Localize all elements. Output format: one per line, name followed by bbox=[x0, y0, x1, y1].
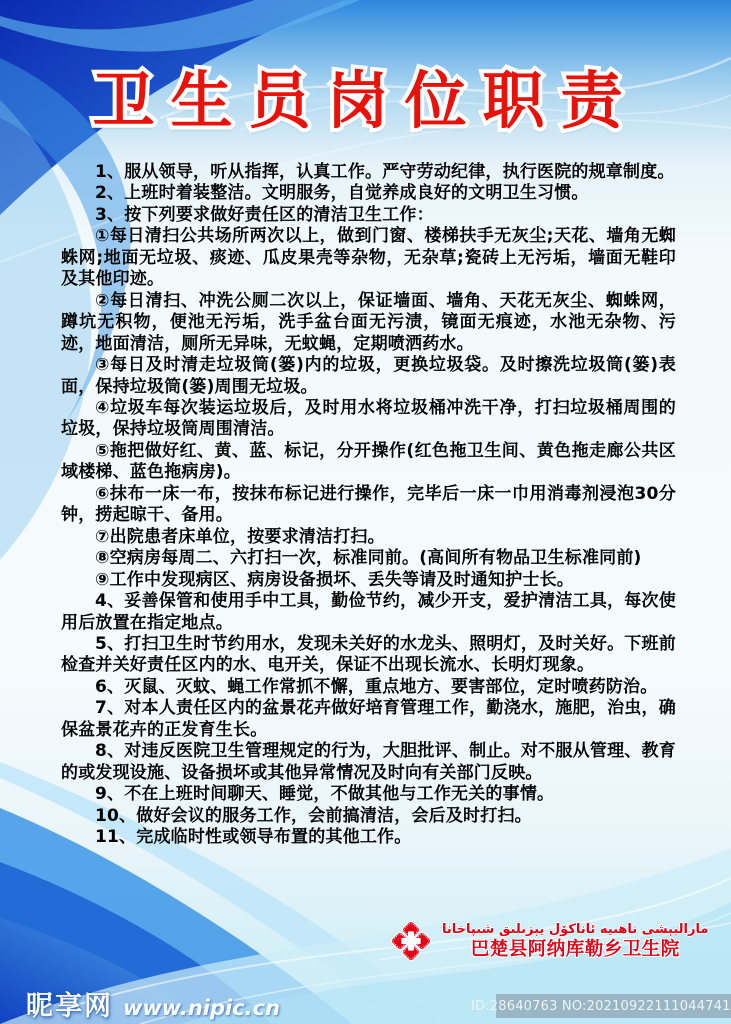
duty-item: 10、做好会议的服务工作，会前搞清洁，会后及时打扫。 bbox=[61, 806, 676, 827]
hospital-signature: مارالبېشى ناھىيە ئاناكۆل يېزىلىق شىپاخان… bbox=[388, 918, 708, 964]
duties-list: 1、服从领导，听从指挥，认真工作。严守劳动纪律，执行医院的规章制度。 2、上班时… bbox=[61, 162, 676, 849]
duty-item: 9、不在上班时间聊天、睡觉，不做其他与工作无关的事情。 bbox=[61, 784, 676, 805]
duty-item: ⑦出院患者床单位，按要求清洁打扫。 bbox=[61, 527, 676, 548]
hospital-names: مارالبېشى ناھىيە ئاناكۆل يېزىلىق شىپاخان… bbox=[442, 921, 708, 961]
duty-item: 2、上班时着装整洁。文明服务，自觉养成良好的文明卫生习惯。 bbox=[61, 183, 676, 204]
duty-item: 8、对违反医院卫生管理规定的行为，大胆批评、制止。对不服从管理、教育的或发现设施… bbox=[61, 741, 676, 784]
duty-item: ⑤拖把做好红、黄、蓝、标记，分开操作(红色拖卫生间、黄色拖走廊公共区域楼梯、蓝色… bbox=[61, 441, 676, 484]
hospital-name-chinese: 巴楚县阿纳库勒乡卫生院 bbox=[471, 939, 680, 961]
duty-item: ②每日清扫、冲洗公厕二次以上，保证墙面、墙角、天花无灰尘、蜘蛛网，蹲坑无积物，便… bbox=[61, 291, 676, 355]
duty-item: ①每日清扫公共场所两次以上，做到门窗、楼梯扶手无灰尘;天花、墙角无蜘蛛网;地面无… bbox=[61, 226, 676, 290]
red-cross-hospital-icon bbox=[388, 918, 434, 964]
duty-item: ⑧空病房每周二、六打扫一次，标准同前。(高间所有物品卫生标准同前) bbox=[61, 548, 676, 569]
poster-title-block: 卫生员岗位职责 卫生员岗位职责 bbox=[0, 58, 731, 150]
duty-item: ⑨工作中发现病区、病房设备损坏、丢失等请及时通知护士长。 bbox=[61, 570, 676, 591]
hospital-name-uyghur: مارالبېشى ناھىيە ئاناكۆل يېزىلىق شىپاخان… bbox=[442, 921, 708, 938]
duty-item: 6、灭鼠、灭蚊、蝇工作常抓不懈，重点地方、要害部位，定时喷药防治。 bbox=[61, 677, 676, 698]
image-id-label: ID:28640763 NO:20210922111044741102 bbox=[496, 994, 731, 1018]
duty-item: 5、打扫卫生时节约用水，发现未关好的水龙头、照明灯，及时关好。下班前检查并关好责… bbox=[61, 634, 676, 677]
poster-title: 卫生员岗位职责 bbox=[0, 58, 731, 144]
duty-item: ④垃圾车每次装运垃圾后，及时用水将垃圾桶冲洗干净，打扫垃圾桶周围的垃圾，保持垃圾… bbox=[61, 398, 676, 441]
watermark: 昵享网 www.nipic.cn bbox=[26, 984, 280, 1023]
poster-root: 卫生员岗位职责 卫生员岗位职责 1、服从领导，听从指挥，认真工作。严守劳动纪律，… bbox=[0, 0, 731, 1024]
duty-item: ⑥抹布一床一布，按抹布标记进行操作，完毕后一床一巾用消毒剂浸泡30分钟，捞起晾干… bbox=[61, 484, 676, 527]
duty-item: 1、服从领导，听从指挥，认真工作。严守劳动纪律，执行医院的规章制度。 bbox=[61, 162, 676, 183]
duty-item: 11、完成临时性或领导布置的其他工作。 bbox=[61, 827, 676, 848]
duty-item: 3、按下列要求做好责任区的清洁卫生工作： bbox=[61, 205, 676, 226]
duty-item: 7、对本人责任区内的盆景花卉做好培育管理工作，勤浇水，施肥，治虫，确保盆景花卉的… bbox=[61, 698, 676, 741]
duty-item: ③每日及时清走垃圾筒(篓)内的垃圾，更换垃圾袋。及时擦洗垃圾筒(篓)表面，保持垃… bbox=[61, 355, 676, 398]
watermark-site-url: www.nipic.cn bbox=[123, 996, 280, 1020]
watermark-site-name: 昵享网 bbox=[26, 984, 113, 1023]
duty-item: 4、妥善保管和使用手中工具，勤俭节约，减少开支，爱护清洁工具，每次使用后放置在指… bbox=[61, 591, 676, 634]
